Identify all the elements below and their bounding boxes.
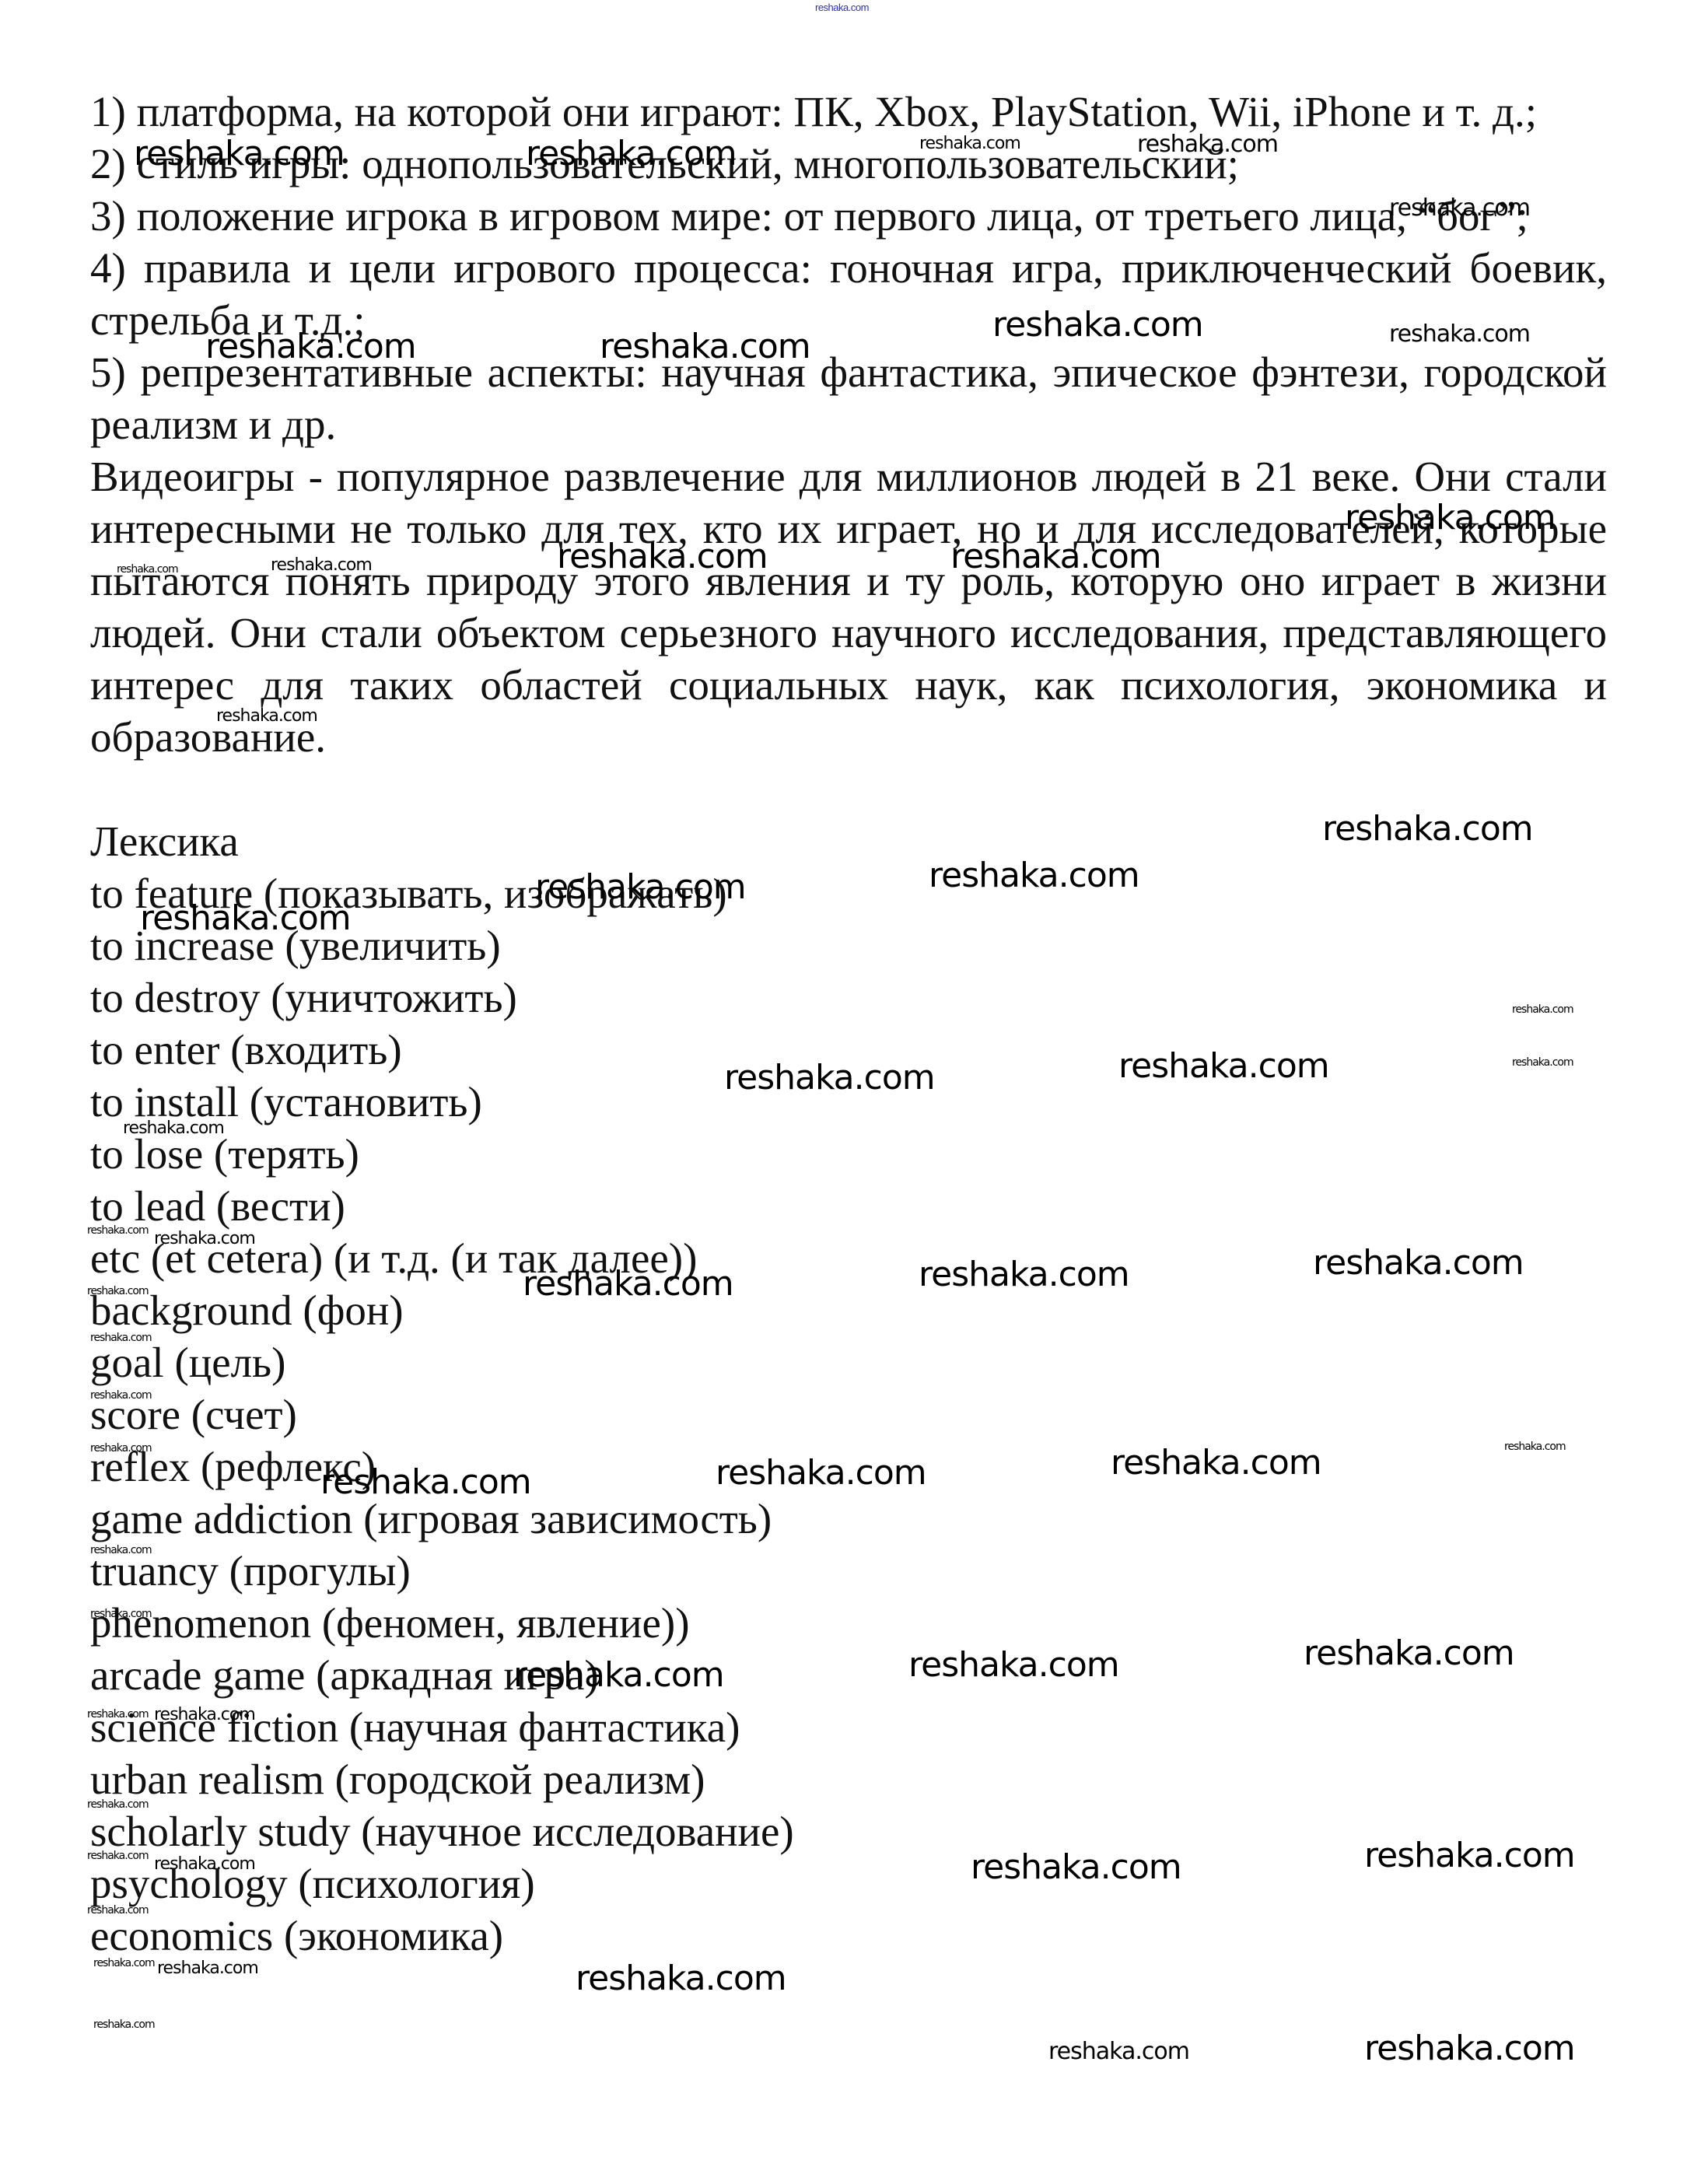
watermark: reshaka.com — [1304, 1633, 1514, 1673]
watermark: reshaka.com — [87, 1285, 149, 1297]
watermark: reshaka.com — [1389, 320, 1530, 348]
watermark: reshaka.com — [154, 1705, 255, 1724]
vocab-item: science fiction (научная фантастика) — [90, 1701, 1607, 1753]
vocab-item: economics (экономика) — [90, 1910, 1607, 1962]
watermark: reshaka.com — [93, 2018, 155, 2031]
watermark: reshaka.com — [1512, 1003, 1573, 1016]
watermark: reshaka.com — [216, 706, 317, 726]
watermark: reshaka.com — [87, 1798, 149, 1811]
watermark: reshaka.com — [117, 563, 178, 576]
vocab-item: score (счет) — [90, 1388, 1607, 1441]
vocab-item: to lead (вести) — [90, 1180, 1607, 1232]
watermark: reshaka.com — [87, 1708, 149, 1721]
watermark: reshaka.com — [90, 1389, 152, 1402]
watermark: reshaka.com — [271, 555, 372, 575]
watermark: reshaka.com — [1364, 2029, 1575, 2068]
vocab-item: to destroy (уничтожить) — [90, 971, 1607, 1024]
watermark: reshaka.com — [134, 134, 345, 173]
watermark: reshaka.com — [526, 134, 737, 173]
watermark: reshaka.com — [1504, 1441, 1566, 1453]
watermark: reshaka.com — [1111, 1443, 1321, 1483]
watermark: reshaka.com — [971, 1847, 1181, 1887]
watermark: reshaka.com — [557, 537, 768, 576]
watermark: reshaka.com — [90, 1544, 152, 1556]
watermark: reshaka.com — [716, 1453, 926, 1493]
document-body: 1) платформа, на которой они играют: ПК,… — [90, 86, 1607, 1962]
watermark: reshaka.com — [1345, 498, 1556, 537]
watermark: reshaka.com — [87, 1850, 149, 1862]
watermark: reshaka.com — [535, 867, 746, 907]
watermark: reshaka.com — [1364, 1836, 1575, 1875]
watermark: reshaka.com — [950, 537, 1161, 576]
watermark: reshaka.com — [919, 1255, 1129, 1294]
watermark: reshaka.com — [90, 1332, 152, 1344]
spacer — [90, 763, 1607, 815]
watermark: reshaka.com — [90, 1442, 152, 1455]
watermark: reshaka.com — [1512, 1056, 1573, 1069]
watermark: reshaka.com — [87, 1904, 149, 1917]
watermark: reshaka.com — [929, 856, 1139, 895]
list-item-position: 3) положение игрока в игровом мире: от п… — [90, 190, 1607, 242]
watermark: reshaka.com — [154, 1229, 255, 1248]
watermark: reshaka.com — [513, 1655, 724, 1695]
watermark: reshaka.com — [523, 1264, 733, 1304]
watermark: reshaka.com — [992, 305, 1203, 345]
watermark: reshaka.com — [1313, 1243, 1524, 1283]
watermark: reshaka.com — [919, 134, 1020, 153]
watermark: reshaka.com — [1322, 809, 1533, 849]
watermark: reshaka.com — [576, 1959, 786, 1998]
watermark: reshaka.com — [157, 1959, 258, 1978]
watermark: reshaka.com — [724, 1058, 935, 1098]
watermark: reshaka.com — [1048, 2038, 1189, 2065]
watermark: reshaka.com — [908, 1645, 1119, 1685]
watermark: reshaka.com — [123, 1119, 224, 1138]
watermark: reshaka.com — [205, 327, 416, 366]
watermark: reshaka.com — [1118, 1046, 1329, 1086]
watermark: reshaka.com — [600, 327, 810, 366]
watermark: reshaka.com — [154, 1854, 255, 1874]
watermark: reshaka.com — [1137, 131, 1278, 158]
watermark: reshaka.com — [320, 1462, 531, 1502]
site-header-link[interactable]: reshaka.com — [815, 2, 869, 13]
vocab-item: truancy (прогулы) — [90, 1545, 1607, 1597]
list-item-platform: 1) платформа, на которой они играют: ПК,… — [90, 86, 1607, 138]
watermark: reshaka.com — [90, 1608, 152, 1620]
vocab-item: urban realism (городской реализм) — [90, 1753, 1607, 1805]
watermark: reshaka.com — [93, 1957, 155, 1969]
vocab-item: game addiction (игровая зависимость) — [90, 1493, 1607, 1545]
watermark: reshaka.com — [1389, 194, 1530, 222]
watermark: reshaka.com — [140, 898, 351, 938]
vocab-item: background (фон) — [90, 1284, 1607, 1336]
watermark: reshaka.com — [87, 1224, 149, 1237]
vocab-item: to lose (терять) — [90, 1128, 1607, 1180]
vocab-list: to feature (показывать, изображать) to i… — [90, 867, 1607, 1962]
vocab-item: goal (цель) — [90, 1336, 1607, 1388]
